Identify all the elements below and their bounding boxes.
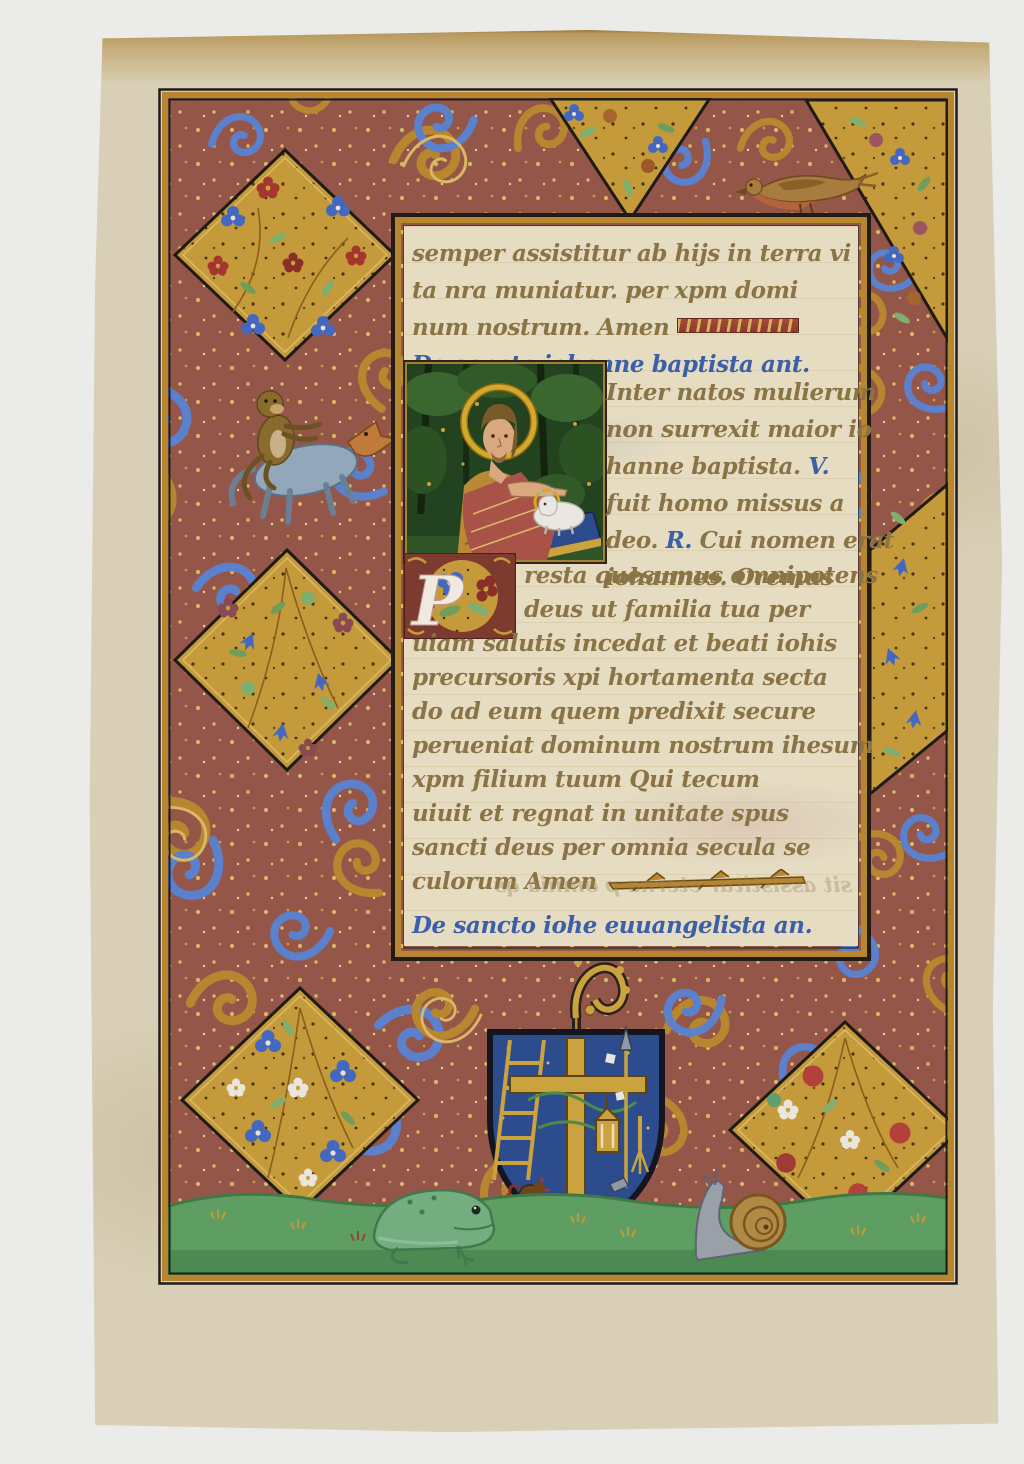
text-line: hanne baptista. V. bbox=[606, 448, 858, 485]
line-filler-bar bbox=[677, 318, 799, 333]
text-block: semper assistitur ab hijs in terra vi ta… bbox=[404, 226, 858, 946]
text-line: non surrexit maior io bbox=[606, 411, 858, 448]
response-mark: R. bbox=[666, 527, 692, 554]
text-line: num nostrum. Amen bbox=[412, 310, 799, 346]
text-line: uiuit et regnat in unitate spus bbox=[412, 797, 858, 831]
text-line: Inter natos mulierum bbox=[606, 374, 858, 411]
manuscript-scan: .cg{stroke:#b8862f;stroke-width:9;stroke… bbox=[0, 0, 1024, 1464]
text-line-segment: hanne baptista. bbox=[606, 453, 808, 480]
text-line-segment: deo. bbox=[606, 527, 666, 554]
text-line: sancti deus per omnia secula se bbox=[412, 831, 858, 865]
text-line: deo. R. Cui nomen erat bbox=[606, 522, 858, 559]
text-line: perueniat dominum nostrum ihesum bbox=[412, 729, 858, 763]
text-line-segment: num nostrum. Amen bbox=[412, 314, 669, 341]
parchment-top-turnin bbox=[86, 30, 1002, 84]
rubric-evangelist: De sancto iohe euuangelista an. bbox=[412, 908, 812, 944]
text-line: semper assistitur ab hijs in terra vi bbox=[412, 236, 851, 272]
prayer-text: resta quesumus omnipotens deus ut famili… bbox=[412, 559, 858, 901]
miniature-st-john-baptist bbox=[405, 362, 605, 562]
text-line: deus ut familia tua per bbox=[412, 593, 858, 627]
text-line: precursoris xpi hortamenta secta bbox=[412, 661, 858, 695]
text-line-segment: Cui nomen erat bbox=[692, 527, 894, 554]
text-line: fuit homo missus a bbox=[606, 485, 858, 522]
text-line: do ad eum quem predixit secure bbox=[412, 695, 858, 729]
grass-band bbox=[168, 1193, 948, 1275]
text-line: ta nra muniatur. per xpm domi bbox=[412, 273, 798, 309]
versicle-mark: V. bbox=[808, 453, 829, 480]
text-line: uiam salutis incedat et beati iohis bbox=[412, 627, 858, 661]
text-line: xpm filium tuum Qui tecum bbox=[412, 763, 858, 797]
text-line: resta quesumus omnipotens bbox=[412, 559, 858, 593]
bleedthrough-text: sit assistitur eterna p omnia qs bbox=[412, 872, 852, 897]
